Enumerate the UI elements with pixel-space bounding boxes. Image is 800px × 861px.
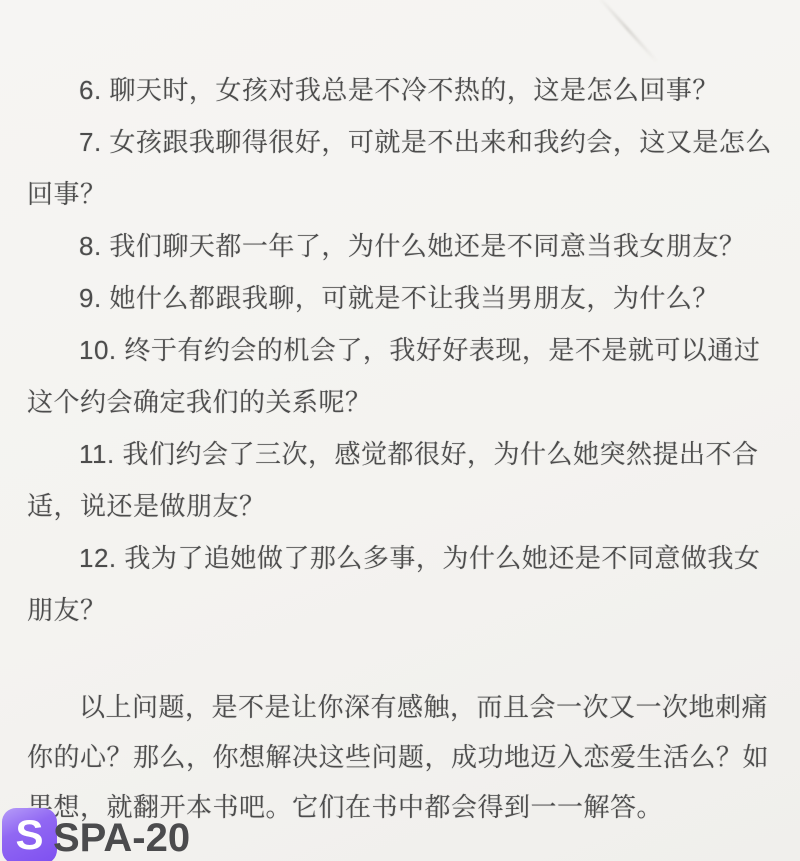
question-line-10-wrap: 这个约会确定我们的关系呢？ [27, 376, 770, 428]
question-line-10: 10. 终于有约会的机会了，我好好表现，是不是就可以通过 [27, 324, 770, 376]
question-line-7-wrap: 回事？ [27, 168, 770, 220]
question-line-12: 12. 我为了追她做了那么多事，为什么她还是不同意做我女 [27, 532, 770, 584]
book-page: 6. 聊天时，女孩对我总是不冷不热的，这是怎么回事？ 7. 女孩跟我聊得很好，可… [0, 0, 800, 861]
question-line-9: 9. 她什么都跟我聊，可就是不让我当男朋友，为什么？ [27, 272, 770, 324]
paragraph-line-2: 你的心？那么，你想解决这些问题，成功地迈入恋爱生活么？如 [27, 732, 770, 782]
watermark: S SPA-20 [2, 808, 190, 861]
spa-logo-letter: S [15, 814, 43, 856]
watermark-label: SPA-20 [53, 818, 190, 858]
paragraph-line-1: 以上问题，是不是让你深有感触，而且会一次又一次地刺痛 [27, 682, 770, 732]
question-line-11: 11. 我们约会了三次，感觉都很好，为什么她突然提出不合 [27, 428, 770, 480]
question-line-6: 6. 聊天时，女孩对我总是不冷不热的，这是怎么回事？ [27, 64, 770, 116]
question-line-12-wrap: 朋友？ [27, 584, 770, 636]
question-line-11-wrap: 适，说还是做朋友？ [27, 480, 770, 532]
question-list: 6. 聊天时，女孩对我总是不冷不热的，这是怎么回事？ 7. 女孩跟我聊得很好，可… [27, 64, 770, 636]
question-line-8: 8. 我们聊天都一年了，为什么她还是不同意当我女朋友？ [27, 220, 770, 272]
spa-logo: S [2, 808, 57, 861]
question-line-7: 7. 女孩跟我聊得很好，可就是不出来和我约会，这又是怎么 [27, 116, 770, 168]
paper-crease [596, 0, 658, 63]
